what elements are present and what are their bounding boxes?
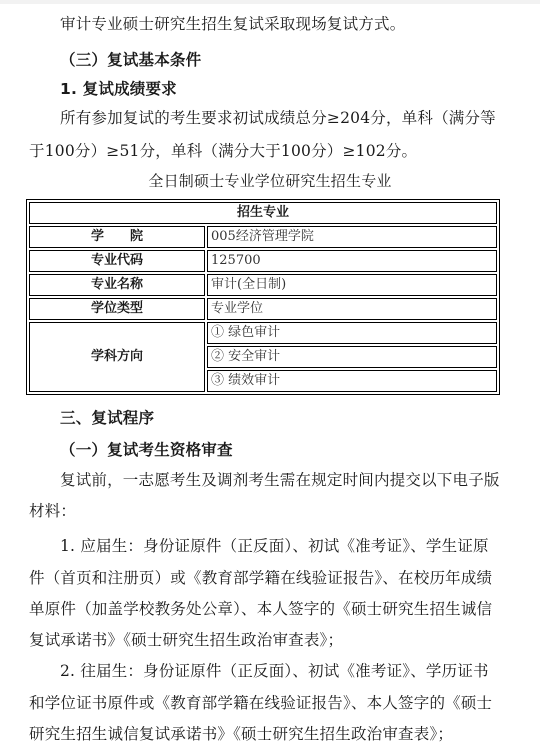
row-value-degree-type: 专业学位: [207, 298, 497, 320]
score-paragraph-line-2: 于100分）≥51分，单科（满分大于100分）≥102分。: [29, 141, 417, 161]
page-top-edge: [0, 0, 540, 4]
item-1-line-4: 复试承诺书》《硕士研究生招生政治审查表》；: [29, 630, 343, 650]
admission-program-table: 招生专业 学 院 005经济管理学院 专业代码 125700 专业名称 审计(全…: [26, 199, 500, 395]
subsection-heading-score-requirements: 1. 复试成绩要求: [60, 79, 177, 99]
row-label-degree-type: 学位类型: [29, 298, 205, 320]
part-heading-retest-procedure: 三、复试程序: [60, 408, 154, 428]
table-row: 学位类型 专业学位: [29, 298, 497, 320]
item-2-line-1: 2. 往届生：身份证原件（正反面）、初试《准考证》、学历证书: [60, 661, 489, 681]
item-2-line-2: 和学位证书原件或《教育部学籍在线验证报告》、本人签字的《硕士: [29, 693, 492, 713]
table-row: 学科方向 ① 绿色审计: [29, 322, 497, 344]
review-paragraph-line-1: 复试前，一志愿考生及调剂考生需在规定时间内提交以下电子版: [60, 470, 500, 490]
direction-item: ② 安全审计: [207, 346, 497, 368]
table-header-row: 招生专业: [29, 202, 497, 224]
item-1-line-1: 1. 应届生：身份证原件（正反面）、初试《准考证》、学生证原: [60, 536, 489, 556]
table-row: 专业名称 审计(全日制): [29, 274, 497, 296]
direction-item: ① 绿色审计: [207, 322, 497, 344]
score-paragraph-line-1: 所有参加复试的考生要求初试成绩总分≥204分，单科（满分等: [60, 108, 496, 128]
subsection-heading-qualification-review: （一）复试考生资格审查: [60, 440, 233, 460]
table-row: 学 院 005经济管理学院: [29, 226, 497, 248]
intro-paragraph: 审计专业硕士研究生招生复试采取现场复试方式。: [60, 14, 405, 34]
item-1-line-3: 单原件（加盖学校教务处公章）、本人签字的《硕士研究生招生诚信: [29, 599, 492, 619]
row-label-major-name: 专业名称: [29, 274, 205, 296]
item-2-line-3: 研究生招生诚信复试承诺书》《硕士研究生招生政治审查表》；: [29, 724, 453, 744]
review-paragraph-line-2: 材料：: [29, 501, 76, 521]
section-heading-basic-conditions: （三）复试基本条件: [60, 50, 201, 70]
row-label-research-direction: 学科方向: [29, 322, 205, 392]
table-header-cell: 招生专业: [29, 202, 497, 224]
row-value-school: 005经济管理学院: [207, 226, 497, 248]
table-row: 专业代码 125700: [29, 250, 497, 272]
row-value-major-code: 125700: [207, 250, 497, 272]
row-label-major-code: 专业代码: [29, 250, 205, 272]
table-caption: 全日制硕士专业学位研究生招生专业: [0, 171, 540, 191]
item-1-line-2: 件（首页和注册页）或《教育部学籍在线验证报告》、在校历年成绩: [29, 568, 492, 588]
direction-item: ③ 绩效审计: [207, 370, 497, 392]
row-label-school: 学 院: [29, 226, 205, 248]
row-value-major-name: 审计(全日制): [207, 274, 497, 296]
